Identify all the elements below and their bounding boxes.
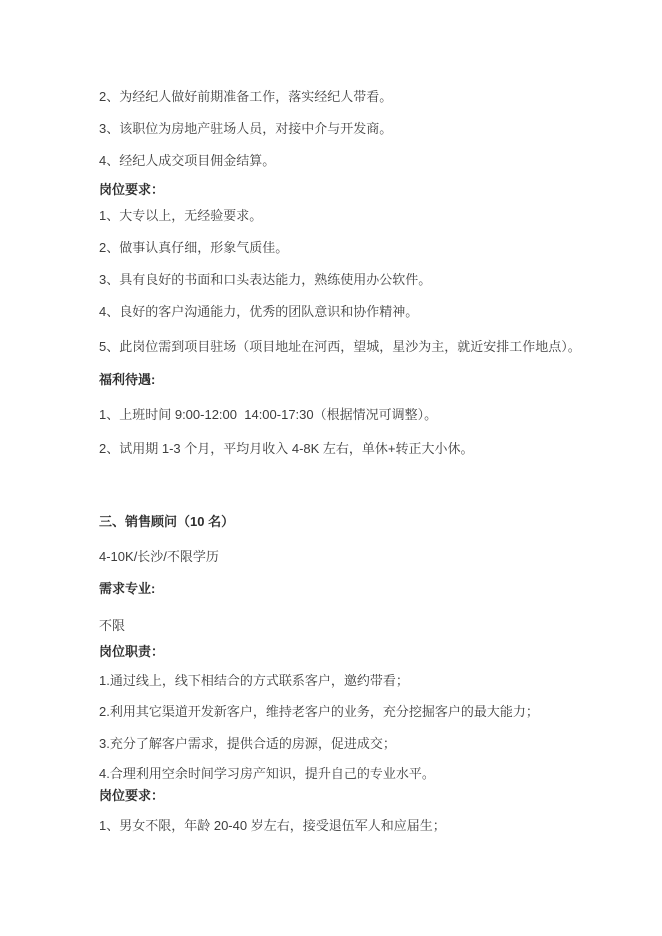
list-item: 2、为经纪人做好前期准备工作，落实经纪人带看。 xyxy=(99,88,622,105)
list-item: 1、男女不限，年龄 20-40 岁左右，接受退伍军人和应届生； xyxy=(99,817,622,834)
heading-required-major: 需求专业: xyxy=(99,580,622,597)
list-item: 不限 xyxy=(99,617,622,634)
list-item: 1、上班时间 9:00-12:00 14:00-17:30（根据情况可调整）。 xyxy=(99,406,622,423)
heading-job-requirements-2: 岗位要求： xyxy=(99,787,622,804)
list-item: 4.合理利用空余时间学习房产知识，提升自己的专业水平。 xyxy=(99,765,622,782)
list-item: 1.通过线上，线下相结合的方式联系客户，邀约带看； xyxy=(99,672,622,689)
list-item: 3、该职位为房地产驻场人员，对接中介与开发商。 xyxy=(99,120,622,137)
heading-job-duties: 岗位职责： xyxy=(99,643,622,660)
heading-job-requirements: 岗位要求： xyxy=(99,181,622,198)
list-item: 4、良好的客户沟通能力，优秀的团队意识和协作精神。 xyxy=(99,303,622,320)
list-item: 3.充分了解客户需求，提供合适的房源，促进成交； xyxy=(99,735,622,752)
list-item: 2、做事认真仔细，形象气质佳。 xyxy=(99,239,622,256)
heading-benefits: 福利待遇: xyxy=(99,371,622,388)
list-item: 5、此岗位需到项目驻场（项目地址在河西，望城，星沙为主，就近安排工作地点）。 xyxy=(99,338,622,355)
list-item: 2.利用其它渠道开发新客户，维持老客户的业务，充分挖掘客户的最大能力； xyxy=(99,703,622,720)
list-item: 2、试用期 1-3 个月，平均月收入 4-8K 左右，单休+转正大小休。 xyxy=(99,440,622,457)
list-item: 3、具有良好的书面和口头表达能力，熟练使用办公软件。 xyxy=(99,271,622,288)
list-item: 4、经纪人成交项目佣金结算。 xyxy=(99,152,622,169)
list-item: 1、大专以上，无经验要求。 xyxy=(99,207,622,224)
section-title-sales-consultant: 三、销售顾问（10 名） xyxy=(99,513,622,530)
document-page: 2、为经纪人做好前期准备工作，落实经纪人带看。 3、该职位为房地产驻场人员，对接… xyxy=(0,0,662,936)
salary-location-line: 4-10K/长沙/不限学历 xyxy=(99,548,622,565)
